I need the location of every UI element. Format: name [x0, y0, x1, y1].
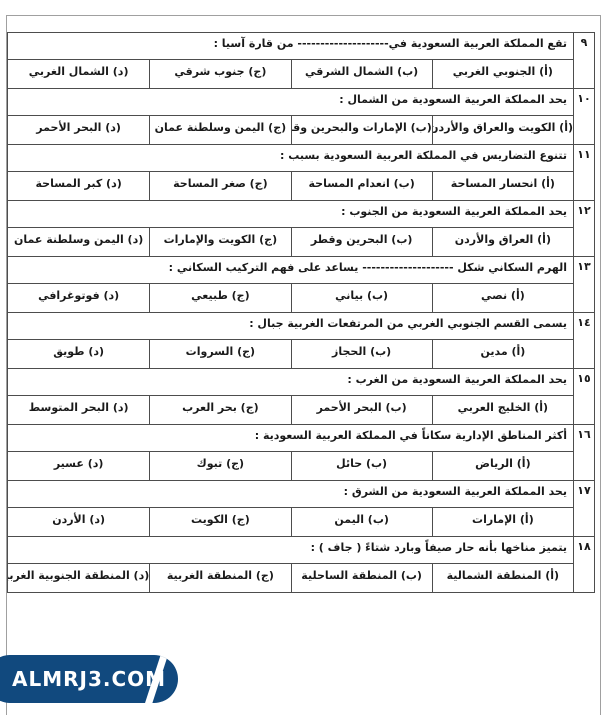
question-block: ١٧ يحد المملكة العربية السعودية من الشرق…: [7, 480, 595, 537]
question-text: الهرم السكاني شكل -------------------- ي…: [8, 257, 573, 284]
question-text: يتميز مناخها بأنه حار صيفاً وبارد شتاءً …: [8, 537, 573, 564]
option-c: (ج) اليمن وسلطنة عمان: [149, 116, 290, 144]
question-text: تقع المملكة العربية السعودية في---------…: [8, 33, 573, 60]
question-text: يحد المملكة العربية السعودية من الغرب :: [8, 369, 573, 396]
option-a: (أ) مدين: [432, 340, 573, 368]
option-d: (د) طويق: [8, 340, 149, 368]
question-number: ١٨: [573, 537, 594, 592]
option-d: (د) البحر المتوسط: [8, 396, 149, 424]
question-number: ١٥: [573, 369, 594, 424]
worksheet-page: ٩ تقع المملكة العربية السعودية في-------…: [0, 0, 610, 715]
watermark-label: ALMRJ3.COM: [0, 667, 166, 691]
option-c: (ج) تبوك: [149, 452, 290, 480]
option-c: (ج) الكويت: [149, 508, 290, 536]
option-b: (ب) الحجاز: [291, 340, 432, 368]
question-block: ١٦ أكثر المناطق الإدارية سكاناً في الممل…: [7, 424, 595, 481]
question-block: ١٨ يتميز مناخها بأنه حار صيفاً وبارد شتا…: [7, 536, 595, 593]
option-a: (أ) المنطقة الشمالية: [432, 564, 573, 592]
question-block: ١١ تتنوع التضاريس في المملكة العربية الس…: [7, 144, 595, 201]
option-c: (ج) المنطقة الغربية: [149, 564, 290, 592]
question-block: ١٢ يحد المملكة العربية السعودية من الجنو…: [7, 200, 595, 257]
option-d: (د) فوتوغرافي: [8, 284, 149, 312]
quiz-question-list: ٩ تقع المملكة العربية السعودية في-------…: [7, 33, 595, 593]
question-number: ١٧: [573, 481, 594, 536]
question-block: ١٥ يحد المملكة العربية السعودية من الغرب…: [7, 368, 595, 425]
option-d: (د) كبر المساحة: [8, 172, 149, 200]
question-text: يحد المملكة العربية السعودية من الشرق :: [8, 481, 573, 508]
option-d: (د) عسير: [8, 452, 149, 480]
question-text: يسمى القسم الجنوبي الغربي من المرتفعات ا…: [8, 313, 573, 340]
option-c: (ج) السروات: [149, 340, 290, 368]
option-a: (أ) انحسار المساحة: [432, 172, 573, 200]
option-b: (ب) حائل: [291, 452, 432, 480]
option-b: (ب) البحرين وقطر: [291, 228, 432, 256]
option-a: (أ) الكويت والعراق والأردن: [432, 116, 573, 144]
option-c: (ج) طبيعي: [149, 284, 290, 312]
option-a: (أ) الرياض: [432, 452, 573, 480]
question-number: ١٤: [573, 313, 594, 368]
watermark-banner: ALMRJ3.COM: [0, 655, 178, 703]
option-b: (ب) البحر الأحمر: [291, 396, 432, 424]
option-a: (أ) الجنوبي الغربي: [432, 60, 573, 88]
option-d: (د) الشمال الغربي: [8, 60, 149, 88]
question-number: ١٦: [573, 425, 594, 480]
option-c: (ج) بحر العرب: [149, 396, 290, 424]
option-b: (ب) الإمارات والبحرين وقطر: [291, 116, 432, 144]
question-block: ١٣ الهرم السكاني شكل -------------------…: [7, 256, 595, 313]
option-d: (د) المنطقة الجنوبية الغربية: [8, 564, 149, 592]
question-block: ٩ تقع المملكة العربية السعودية في-------…: [7, 32, 595, 89]
question-text: يحد المملكة العربية السعودية من الجنوب :: [8, 201, 573, 228]
option-d: (د) اليمن وسلطنة عمان: [8, 228, 149, 256]
option-d: (د) الأردن: [8, 508, 149, 536]
option-b: (ب) انعدام المساحة: [291, 172, 432, 200]
question-block: ١٠ يحد المملكة العربية السعودية من الشما…: [7, 88, 595, 145]
option-c: (ج) جنوب شرقي: [149, 60, 290, 88]
question-number: ١١: [573, 145, 594, 200]
option-a: (أ) الإمارات: [432, 508, 573, 536]
question-number: ١٣: [573, 257, 594, 312]
option-b: (ب) المنطقة الساحلية: [291, 564, 432, 592]
option-b: (ب) اليمن: [291, 508, 432, 536]
option-b: (ب) الشمال الشرقي: [291, 60, 432, 88]
option-a: (أ) الخليج العربي: [432, 396, 573, 424]
question-number: ١٠: [573, 89, 594, 144]
question-number: ٩: [573, 33, 594, 88]
option-a: (أ) نصي: [432, 284, 573, 312]
question-block: ١٤ يسمى القسم الجنوبي الغربي من المرتفعا…: [7, 312, 595, 369]
question-number: ١٢: [573, 201, 594, 256]
option-c: (ج) الكويت والإمارات: [149, 228, 290, 256]
question-text: أكثر المناطق الإدارية سكاناً في المملكة …: [8, 425, 573, 452]
option-c: (ج) صغر المساحة: [149, 172, 290, 200]
option-a: (أ) العراق والأردن: [432, 228, 573, 256]
option-b: (ب) بياني: [291, 284, 432, 312]
question-text: تتنوع التضاريس في المملكة العربية السعود…: [8, 145, 573, 172]
option-d: (د) البحر الأحمر: [8, 116, 149, 144]
question-text: يحد المملكة العربية السعودية من الشمال :: [8, 89, 573, 116]
